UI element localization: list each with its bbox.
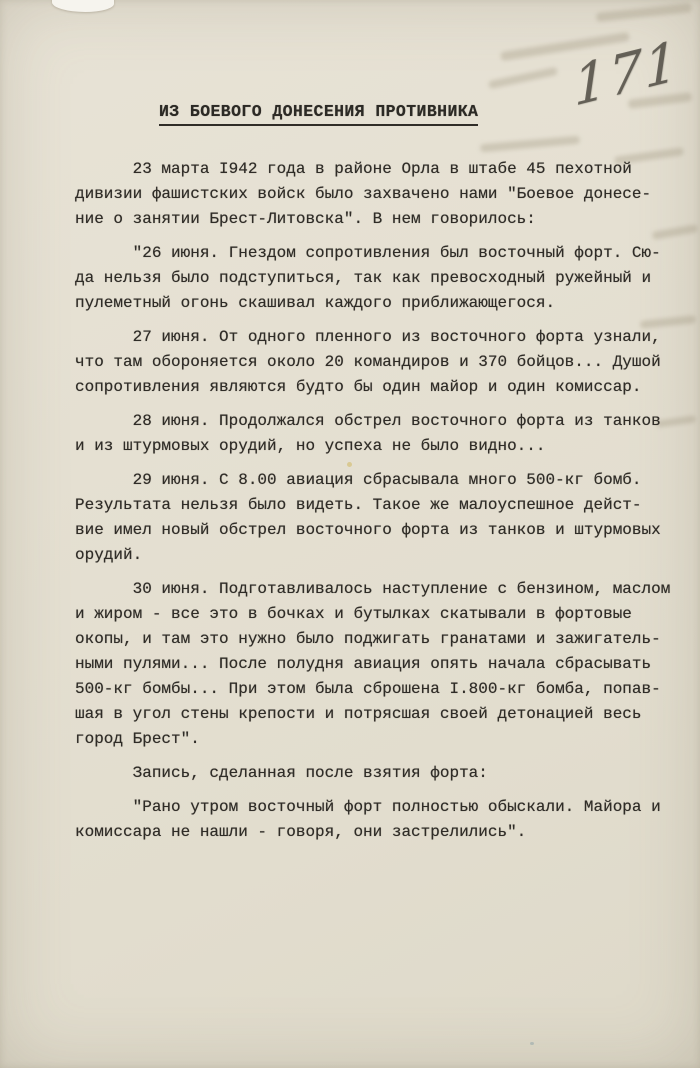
- paragraph-june-29: 29 июня. С 8.00 авиация сбрасывала много…: [75, 468, 680, 568]
- paragraph-june-28: 28 июня. Продолжался обстрел восточного …: [75, 409, 680, 459]
- document-title: ИЗ БОЕВОГО ДОНЕСЕНИЯ ПРОТИВНИКА: [159, 102, 478, 126]
- paragraph-june-27: 27 июня. От одного пленного из восточног…: [75, 325, 680, 400]
- torn-paper-corner: [52, 0, 114, 12]
- paper-speck: [347, 462, 352, 467]
- paragraph-final-note: "Рано утром восточный форт полностью обы…: [75, 795, 680, 845]
- paper-speck: [530, 1042, 534, 1045]
- paragraph-june-30: 30 июня. Подготавливалось наступление с …: [75, 577, 680, 752]
- paragraph-note-heading: Запись, сделанная после взятия форта:: [75, 761, 680, 786]
- paragraph-june-26: "26 июня. Гнездом сопротивления был вост…: [75, 241, 680, 316]
- document-page: 171 ИЗ БОЕВОГО ДОНЕСЕНИЯ ПРОТИВНИКА 23 м…: [0, 0, 700, 1068]
- document-body: 23 марта I942 года в районе Орла в штабе…: [75, 157, 680, 854]
- paragraph-intro: 23 марта I942 года в районе Орла в штабе…: [75, 157, 680, 232]
